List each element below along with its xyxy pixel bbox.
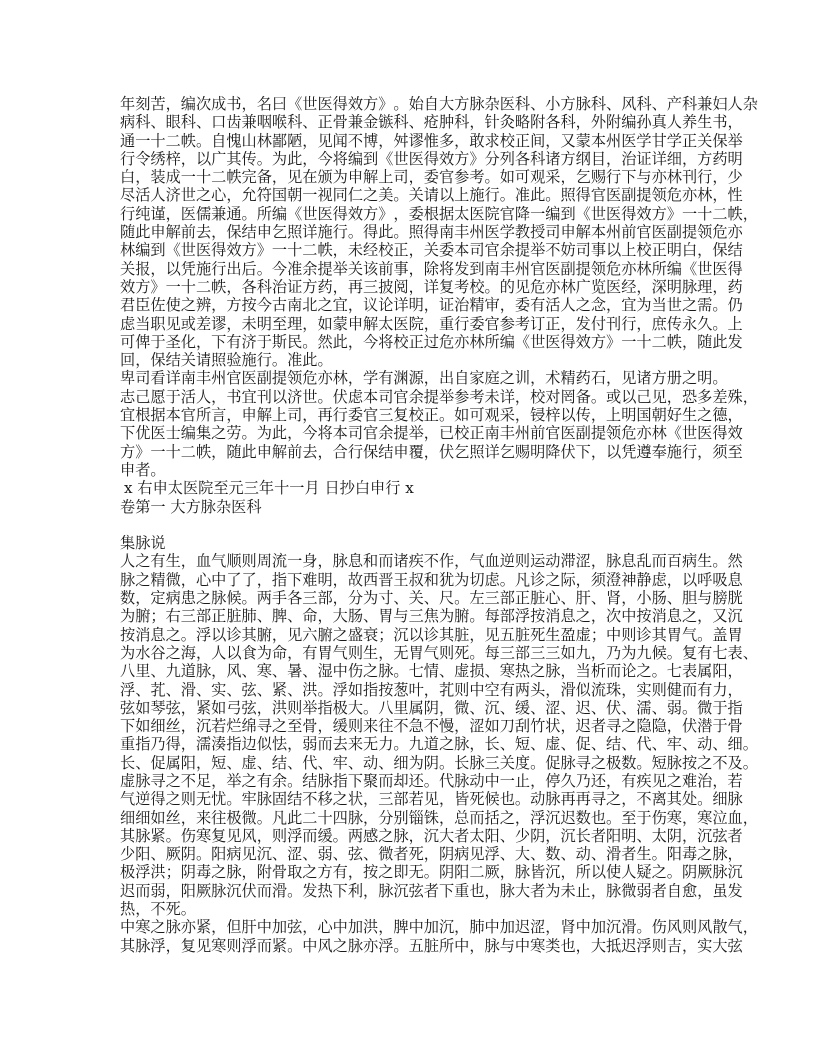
text-line: 可俾于圣化，下有济于斯民。然此，今将校正过危亦林所编《世医得效方》一十二帙，随此… bbox=[120, 333, 696, 351]
document-page: 年刻苦，编次成书，名曰《世医得效方》。始自大方脉杂医科、小方脉科、风科、产科兼妇… bbox=[120, 95, 696, 955]
text-line: 弦如琴弦，紧如弓弦，洪则举指极大。八里属阴，微、沉、缓、涩、迟、伏、濡、弱。微于… bbox=[120, 699, 696, 717]
text-line: 为腑；右三部正脏肺、脾、命，大肠、胃与三焦为腑。每部浮按消息之，次中按消息之，又… bbox=[120, 607, 696, 625]
text-line: 回，保结关请照验施行。准此。 bbox=[120, 351, 696, 369]
text-line: 宜根据本官所言，申解上司，再行委官三复校正。如可观采，锓梓以传，上明国朝好生之德… bbox=[120, 406, 696, 424]
text-line: 热，不死。 bbox=[120, 900, 696, 918]
text-line: 极浮洪；阴毒之脉，附骨取之方有，按之即无。阴阳二厥，脉皆沉，所以使人疑之。阴厥脉… bbox=[120, 863, 696, 881]
text-line: 人之有生，血气顺则周流一身，脉息和而诸疾不作，气血逆则运动滞涩，脉息乱而百病生。… bbox=[120, 552, 696, 570]
text-line: 细细如丝，来往极微。凡此二十四脉，分别锱铢，总而括之，浮沉迟数也。至于伤寒，寒泣… bbox=[120, 809, 696, 827]
text-line: 按消息之。浮以诊其腑，见六腑之盛衰；沉以诊其脏，见五脏死生盈虚；中则诊其胃气。盖… bbox=[120, 626, 696, 644]
preface-paragraph-3: 志己愿于活人，书宜刊以济世。伏虑本司官余提举参考未详，校对罔备。或以己见，恐多差… bbox=[120, 388, 696, 479]
text-line: 其脉浮，复见寒则浮而紧。中风之脉亦浮。五脏所中，脉与中寒类也，大抵迟浮则吉，实大… bbox=[120, 937, 696, 955]
text-line: 白，装成一十二帙完备，见在颁为申解上司，委官参考。如可观采，乞赐行下与亦林刊行，… bbox=[120, 168, 696, 186]
text-line: 志己愿于活人，书宜刊以济世。伏虑本司官余提举参考未详，校对罔备。或以己见，恐多差… bbox=[120, 388, 696, 406]
text-line: 浮、芤、滑、实、弦、紧、洪。浮如指按葱叶，芤则中空有两头，滑似流珠，实则健而有力… bbox=[120, 681, 696, 699]
text-line: 方》一十二帙，随此申解前去，合行保结申覆，伏乞照详乞赐明降伏下，以凭遵奉施行，须… bbox=[120, 443, 696, 461]
text-line: 重指乃得，濡湊指边似怯，弱而去来无力。九道之脉，长、短、虚、促、结、代、牢、动、… bbox=[120, 735, 696, 753]
text-line: 为水谷之海，人以食为命，有胃气则生，无胃气则死。每三部三三如九，乃为九候。复有七… bbox=[120, 644, 696, 662]
preface-paragraph-1: 年刻苦，编次成书，名曰《世医得效方》。始自大方脉杂医科、小方脉科、风科、产科兼妇… bbox=[120, 95, 696, 369]
text-line: 下如细丝，沉若烂绵寻之至骨，缓则来往不急不慢，涩如刀刮竹状，迟者寻之隐隐，伏潜于… bbox=[120, 717, 696, 735]
text-line: 病科、眼科、口齿兼咽喉科、正骨兼金镞科、疮肿科，针灸略附各科，外附编孙真人养生书… bbox=[120, 113, 696, 131]
volume-title: 卷第一 大方脉杂医科 bbox=[120, 498, 696, 516]
text-line: 申者。 bbox=[120, 461, 696, 479]
text-line: 虚脉寻之不足，举之有余。结脉指下聚而却还。代脉动中一止，停久乃还，有疾见之难治，… bbox=[120, 772, 696, 790]
section-title: 集脉说 bbox=[120, 534, 696, 552]
text-line: 效方》一十二帙，各科治证方药，再三披阅，详复考校。的见危亦林广览医经，深明脉理，… bbox=[120, 278, 696, 296]
text-line: 其脉紧。伤寒复见风，则浮而缓。两感之脉，沉大者太阳、少阴，沉长者阳明、太阴，沉弦… bbox=[120, 827, 696, 845]
blank-line bbox=[120, 516, 696, 534]
text-line: 通一十二帙。自愧山林鄙陋，见闻不博，舛谬惟多，敢求校正间，又蒙本州医学甘学正关保… bbox=[120, 132, 696, 150]
body-paragraph-2: 中寒之脉亦紧，但肝中加弦，心中加洪，脾中加沉，肺中加迟涩，肾中加沉滑。伤风则风散… bbox=[120, 918, 696, 955]
text-line: 少阳、厥阴。阳病见沉、涩、弱、弦、微者死，阴病见浮、大、数、动、滑者生。阳毒之脉… bbox=[120, 845, 696, 863]
text-line: 中寒之脉亦紧，但肝中加弦，心中加洪，脾中加沉，肺中加迟涩，肾中加沉滑。伤风则风散… bbox=[120, 918, 696, 936]
text-line: 随此申解前去，保结申乞照详施行。得此。照得南丰州医学教授司申解本州前官医副提领危… bbox=[120, 223, 696, 241]
text-line: 迟而弱，阳厥脉沉伏而滑。发热下利，脉沉弦者下重也，脉大者为未止，脉微弱者自愈，虽… bbox=[120, 882, 696, 900]
text-line: 行令绣梓，以广其传。为此，今将编到《世医得效方》分列各科诸方纲目，治证详细，方药… bbox=[120, 150, 696, 168]
text-line: 八里、九道脉，风、寒、暑、湿中伤之脉。七情、虚损、寒热之脉，当析而论之。七表属阳… bbox=[120, 662, 696, 680]
text-line: 林编到《世医得效方》一十二帙，未经校正，关委本司官余提举不妨司事以上校正明白，保… bbox=[120, 241, 696, 259]
text-line: 行纯谨，医儒兼通。所编《世医得效方》，委根据太医院官降一编到《世医得效方》一十二… bbox=[120, 205, 696, 223]
text-line: 脉之精微，心中了了，指下难明，故西晋王叔和犹为切虑。凡诊之际，须澄神静虑，以呼吸… bbox=[120, 571, 696, 589]
date-line: x 右申太医院至元三年十一月 日抄白申行 x bbox=[120, 479, 696, 497]
text-line: 数，定病患之脉候。两手各三部，分为寸、关、尺。左三部正脏心、肝、肾，小肠、胆与膀… bbox=[120, 589, 696, 607]
body-paragraph-1: 人之有生，血气顺则周流一身，脉息和而诸疾不作，气血逆则运动滞涩，脉息乱而百病生。… bbox=[120, 552, 696, 918]
text-line: 长、促属阳，短、虚、结、代、牢、动、细为阴。长脉三关度。促脉寻之极数。短脉按之不… bbox=[120, 754, 696, 772]
text-line: 年刻苦，编次成书，名曰《世医得效方》。始自大方脉杂医科、小方脉科、风科、产科兼妇… bbox=[120, 95, 696, 113]
preface-paragraph-2: 卑司看详南丰州官医副提领危亦林，学有渊源，出自家庭之训，术精药石，见诸方册之明。 bbox=[120, 369, 696, 387]
text-line: 虑当职见或差谬，未明至理，如蒙申解太医院，重行委官参考订正，发付刊行，庶传永久。… bbox=[120, 315, 696, 333]
text-line: 下优医士编集之劳。为此，今将本司官余提举，已校正南丰州前官医副提领危亦林《世医得… bbox=[120, 424, 696, 442]
text-line: 卑司看详南丰州官医副提领危亦林，学有渊源，出自家庭之训，术精药石，见诸方册之明。 bbox=[120, 369, 696, 387]
text-line: 尽活人济世之心，允符国朝一视同仁之美。关请以上施行。准此。照得官医副提领危亦林，… bbox=[120, 186, 696, 204]
text-line: 气逆得之则无忧。牢脉固结不移之状，三部若见，皆死候也。动脉再再寻之，不离其处。细… bbox=[120, 790, 696, 808]
text-line: 关报，以凭施行出后。今准余提举关该前事，除将发到南丰州官医副提领危亦林所编《世医… bbox=[120, 260, 696, 278]
text-line: 君臣佐使之辨，方按今古南北之宜，议论详明，证治精审，委有活人之念，宜为当世之需。… bbox=[120, 296, 696, 314]
